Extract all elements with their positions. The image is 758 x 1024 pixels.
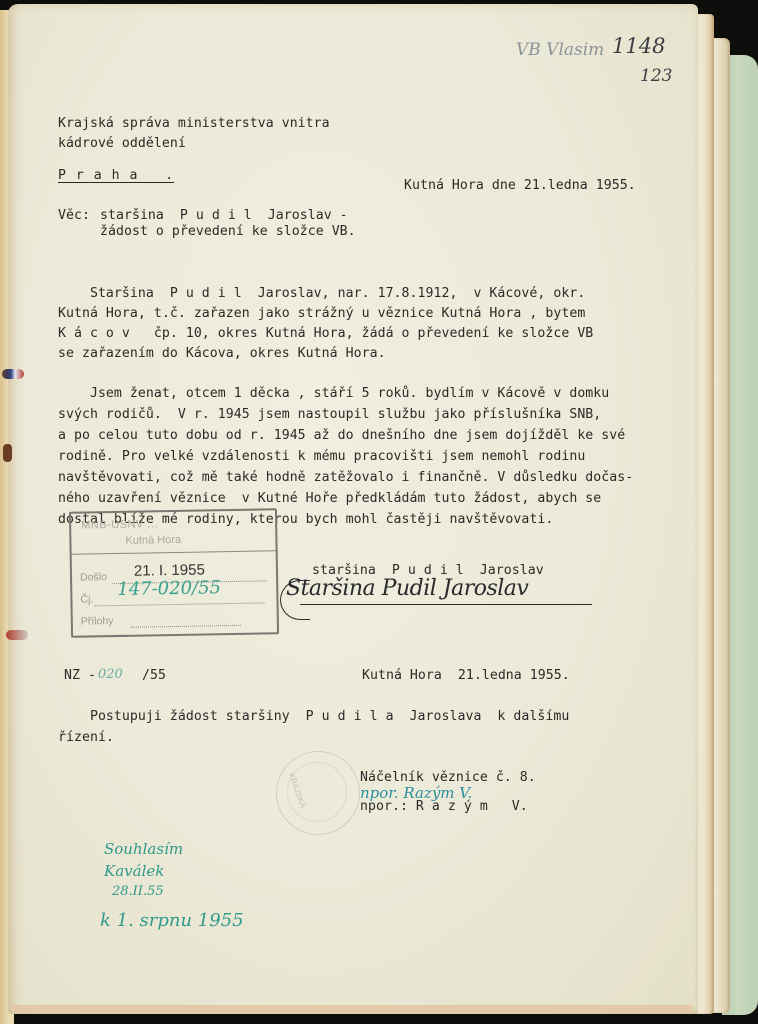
stamp-attachments-label: Přílohy	[81, 615, 114, 628]
approval-note-date: 28.II.55	[112, 884, 164, 899]
subject-label: Věc:	[58, 206, 90, 227]
body-p1-line2: Kutná Hora, t.č. zařazen jako strážný u …	[58, 304, 585, 325]
binding-ring	[6, 630, 28, 640]
signature-underline	[300, 604, 592, 605]
official-typed-name: npor.: R a z ý m V.	[360, 797, 528, 818]
forwarding-ref-prefix: NZ -	[64, 666, 96, 687]
body-p1-line4: se zařazením do Kácova, okres Kutná Hora…	[58, 344, 386, 365]
stamp-attachments-line	[131, 625, 241, 628]
stamp-city: Kutná Hora	[125, 534, 181, 547]
body-p1-line3: K á c o v čp. 10, okres Kutná Hora, žádá…	[58, 324, 593, 345]
forwarding-ref-suffix: /55	[142, 666, 166, 687]
stamp-divider	[72, 550, 276, 555]
approval-note-line2: Kaválek	[104, 862, 164, 880]
addressee-line1: Krajská správa ministerstva vnitra	[58, 114, 330, 135]
forwarding-ref-handwritten: 020	[98, 667, 123, 682]
body-p2-line1: Jsem ženat, otcem 1 děcka , stáří 5 roků…	[58, 384, 609, 405]
page-number-note: 123	[640, 66, 672, 86]
body-p2-line6: ného uzavření věznice v Kutné Hoře předk…	[58, 489, 601, 510]
stamp-ref-value: 147-020/55	[117, 577, 221, 600]
forwarding-text-line2: řízení.	[58, 728, 114, 749]
body-p2-line3: a po celou tuto dobu od r. 1945 až do dn…	[58, 426, 625, 447]
date-line: Kutná Hora dne 21.ledna 1955.	[404, 176, 636, 197]
addressee-city: P r a h a .	[58, 166, 174, 187]
round-official-stamp: KRAJSKÁ	[276, 751, 360, 835]
page-bottom-edge	[12, 1005, 692, 1013]
archive-label-note: VB Vlasim	[516, 40, 604, 60]
forwarding-text-line1: Postupuji žádost staršiny P u d i l a Ja…	[58, 707, 569, 728]
punch-hole	[3, 444, 12, 462]
binding-ring	[2, 369, 24, 379]
addressee-line2: kádrové oddělení	[58, 134, 186, 155]
stamp-date-label: Došlo	[80, 571, 107, 583]
approval-note-line1: Souhlasím	[104, 840, 183, 858]
handwritten-signature: Staršina Pudil Jaroslav	[286, 576, 528, 601]
stamp-ref-label: Čj.	[80, 593, 93, 605]
body-p2-line2: svých rodičů. V r. 1945 jsem nastoupil s…	[58, 405, 601, 426]
body-p1-line1: Staršina P u d i l Jaroslav, nar. 17.8.1…	[58, 284, 585, 305]
forwarding-date-line: Kutná Hora 21.ledna 1955.	[362, 666, 570, 687]
received-stamp: MNB-ÚSNV ... Kutná Hora Došlo 21. I. 195…	[69, 508, 279, 638]
file-number-note: 1148	[612, 34, 665, 58]
approval-effective-date: k 1. srpnu 1955	[100, 910, 244, 931]
stamp-ref-line	[95, 602, 265, 606]
body-p2-line4: rodině. Pro velké vzdálenosti k mému pra…	[58, 447, 585, 468]
stamp-organization: MNB-ÚSNV ...	[81, 518, 158, 531]
subject-line2: žádost o převedení ke složce VB.	[100, 222, 356, 243]
body-p2-line5: navštěvovati, což mě také hodně zatěžova…	[58, 468, 633, 489]
